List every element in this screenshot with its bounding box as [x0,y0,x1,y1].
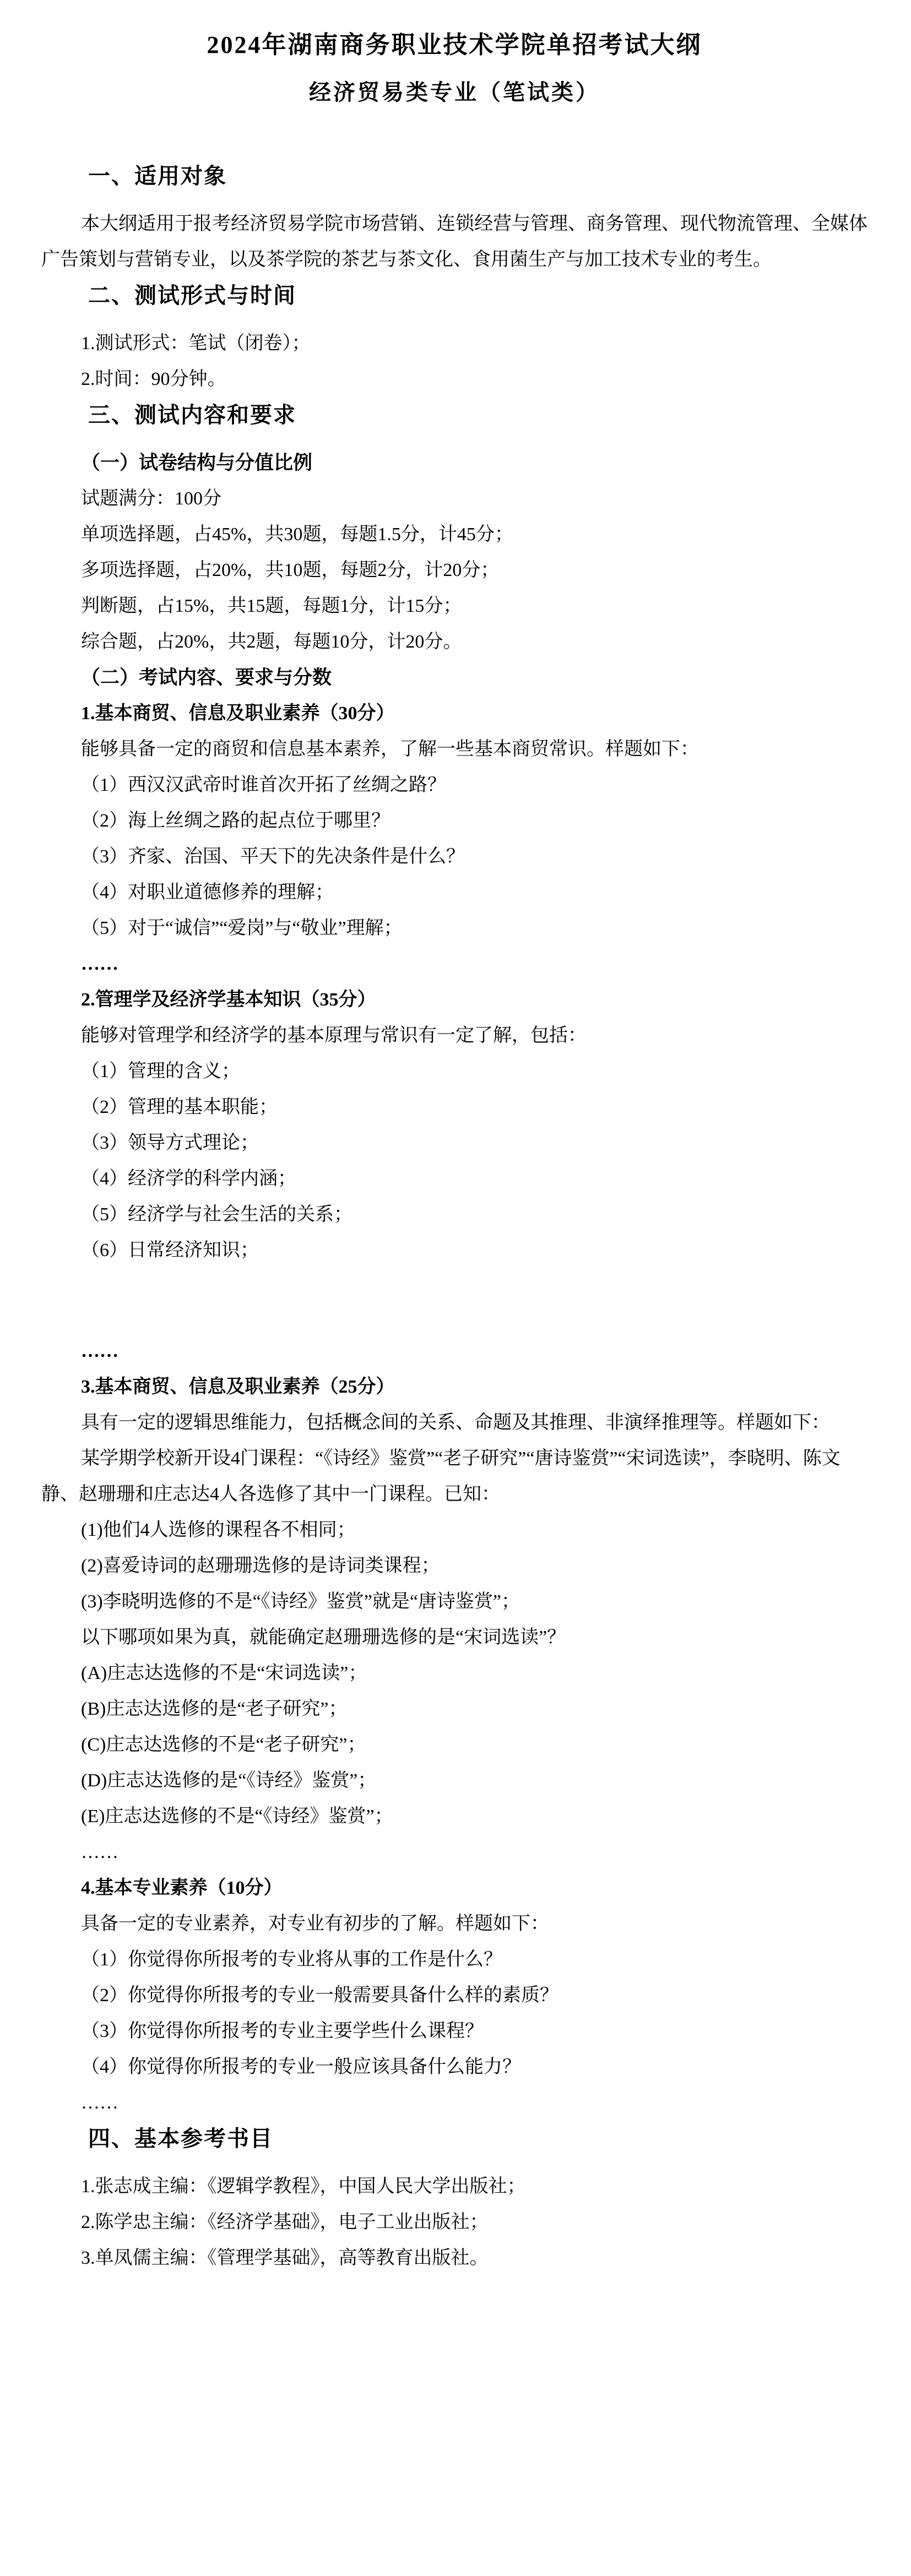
block-2-heading: 2.管理学及经济学基本知识（35分） [41,982,867,1018]
block-2-item: （4）经济学的科学内涵； [41,1161,867,1197]
blank-gap [41,1268,867,1333]
reference-book: 3.单凤儒主编：《管理学基础》，高等教育出版社。 [41,2240,867,2276]
section-2-heading: 二、测试形式与时间 [41,278,867,314]
block-3-option: (E)庄志达选修的不是“《诗经》鉴赏”； [41,1798,867,1834]
block-3-condition: (2)喜爱诗词的赵珊珊选修的是诗词类课程； [41,1548,867,1584]
section-4-heading: 四、基本参考书目 [41,2121,867,2157]
part-1-heading: （一）试卷结构与分值比例 [41,445,867,481]
block-1-item: （3）齐家、治国、平天下的先决条件是什么？ [41,839,867,874]
reference-book: 2.陈学忠主编：《经济学基础》，电子工业出版社； [41,2204,867,2240]
block-3-option: (D)庄志达选修的是“《诗经》鉴赏”； [41,1763,867,1798]
block-1-heading: 1.基本商贸、信息及职业素养（30分） [41,695,867,731]
block-3-option: (A)庄志达选修的不是“宋词选读”； [41,1655,867,1691]
single-choice-line: 单项选择题，占45%，共30题，每题1.5分，计45分； [41,517,867,552]
block-3-option: (C)庄志达选修的不是“老子研究”； [41,1727,867,1763]
ellipsis-line: …… [41,2085,867,2121]
ellipsis-line: …… [41,1834,867,1870]
block-3-heading: 3.基本商贸、信息及职业素养（25分） [41,1369,867,1405]
ellipsis-line: …… [41,1333,867,1369]
block-3-condition: (3)李晓明选修的不是“《诗经》鉴赏”就是“唐诗鉴赏”； [41,1584,867,1619]
block-4-heading: 4.基本专业素养（10分） [41,1870,867,1906]
document-title: 2024年湖南商务职业技术学院单招考试大纲 [41,29,867,62]
block-1-item: （2）海上丝绸之路的起点位于哪里？ [41,803,867,839]
document-content: 2024年湖南商务职业技术学院单招考试大纲 经济贸易类专业（笔试类） 一、适用对… [0,0,911,2276]
ellipsis-line: …… [41,946,867,982]
block-2-item: （3）领导方式理论； [41,1125,867,1161]
block-2-item: （2）管理的基本职能； [41,1089,867,1125]
judgment-line: 判断题，占15%，共15题，每题1分，计15分； [41,588,867,624]
block-3-question-stem: 某学期学校新开设4门课程：“《诗经》鉴赏”“老子研究”“唐诗鉴赏”“宋词选读”，… [41,1441,867,1512]
section-3-heading: 三、测试内容和要求 [41,397,867,433]
multi-choice-line: 多项选择题，占20%，共10题，每题2分，计20分； [41,552,867,588]
comprehensive-line: 综合题，占20%，共2题，每题10分，计20分。 [41,624,867,660]
block-1-item: （1）西汉汉武帝时谁首次开拓了丝绸之路？ [41,767,867,803]
section-1-heading: 一、适用对象 [41,158,867,194]
block-4-item: （2）你觉得你所报考的专业一般需要具备什么样的素质？ [41,1977,867,2013]
block-4-intro: 具备一定的专业素养，对专业有初步的了解。样题如下： [41,1906,867,1942]
block-4-item: （3）你觉得你所报考的专业主要学些什么课程？ [41,2013,867,2049]
block-3-intro: 具有一定的逻辑思维能力，包括概念间的关系、命题及其推理、非演绎推理等。样题如下： [41,1405,867,1441]
block-1-item: （5）对于“诚信”“爱岗”与“敬业”理解； [41,910,867,946]
test-time-line: 2.时间：90分钟。 [41,361,867,397]
block-2-intro: 能够对管理学和经济学的基本原理与常识有一定了解，包括： [41,1018,867,1053]
block-1-intro: 能够具备一定的商贸和信息基本素养，了解一些基本商贸常识。样题如下： [41,731,867,767]
test-form-line: 1.测试形式：笔试（闭卷）； [41,325,867,361]
block-2-item: （5）经济学与社会生活的关系； [41,1197,867,1232]
block-1-item: （4）对职业道德修养的理解； [41,874,867,910]
score-total-line: 试题满分：100分 [41,481,867,517]
document-subtitle: 经济贸易类专业（笔试类） [41,77,867,107]
block-2-item: （1）管理的含义； [41,1053,867,1089]
block-3-option: (B)庄志达选修的是“老子研究”； [41,1691,867,1727]
reference-book: 1.张志成主编：《逻辑学教程》，中国人民大学出版社； [41,2169,867,2204]
block-4-item: （4）你觉得你所报考的专业一般应该具备什么能力？ [41,2049,867,2085]
document-page: 2024年湖南商务职业技术学院单招考试大纲 经济贸易类专业（笔试类） 一、适用对… [0,0,911,2576]
block-4-item: （1）你觉得你所报考的专业将从事的工作是什么？ [41,1942,867,1977]
block-3-condition: (1)他们4人选修的课程各不相同； [41,1512,867,1548]
section-1-paragraph: 本大纲适用于报考经济贸易学院市场营销、连锁经营与管理、商务管理、现代物流管理、全… [41,206,867,278]
part-2-heading: （二）考试内容、要求与分数 [41,660,867,695]
block-2-item: （6）日常经济知识； [41,1232,867,1268]
block-3-question: 以下哪项如果为真，就能确定赵珊珊选修的是“宋词选读”？ [41,1619,867,1655]
